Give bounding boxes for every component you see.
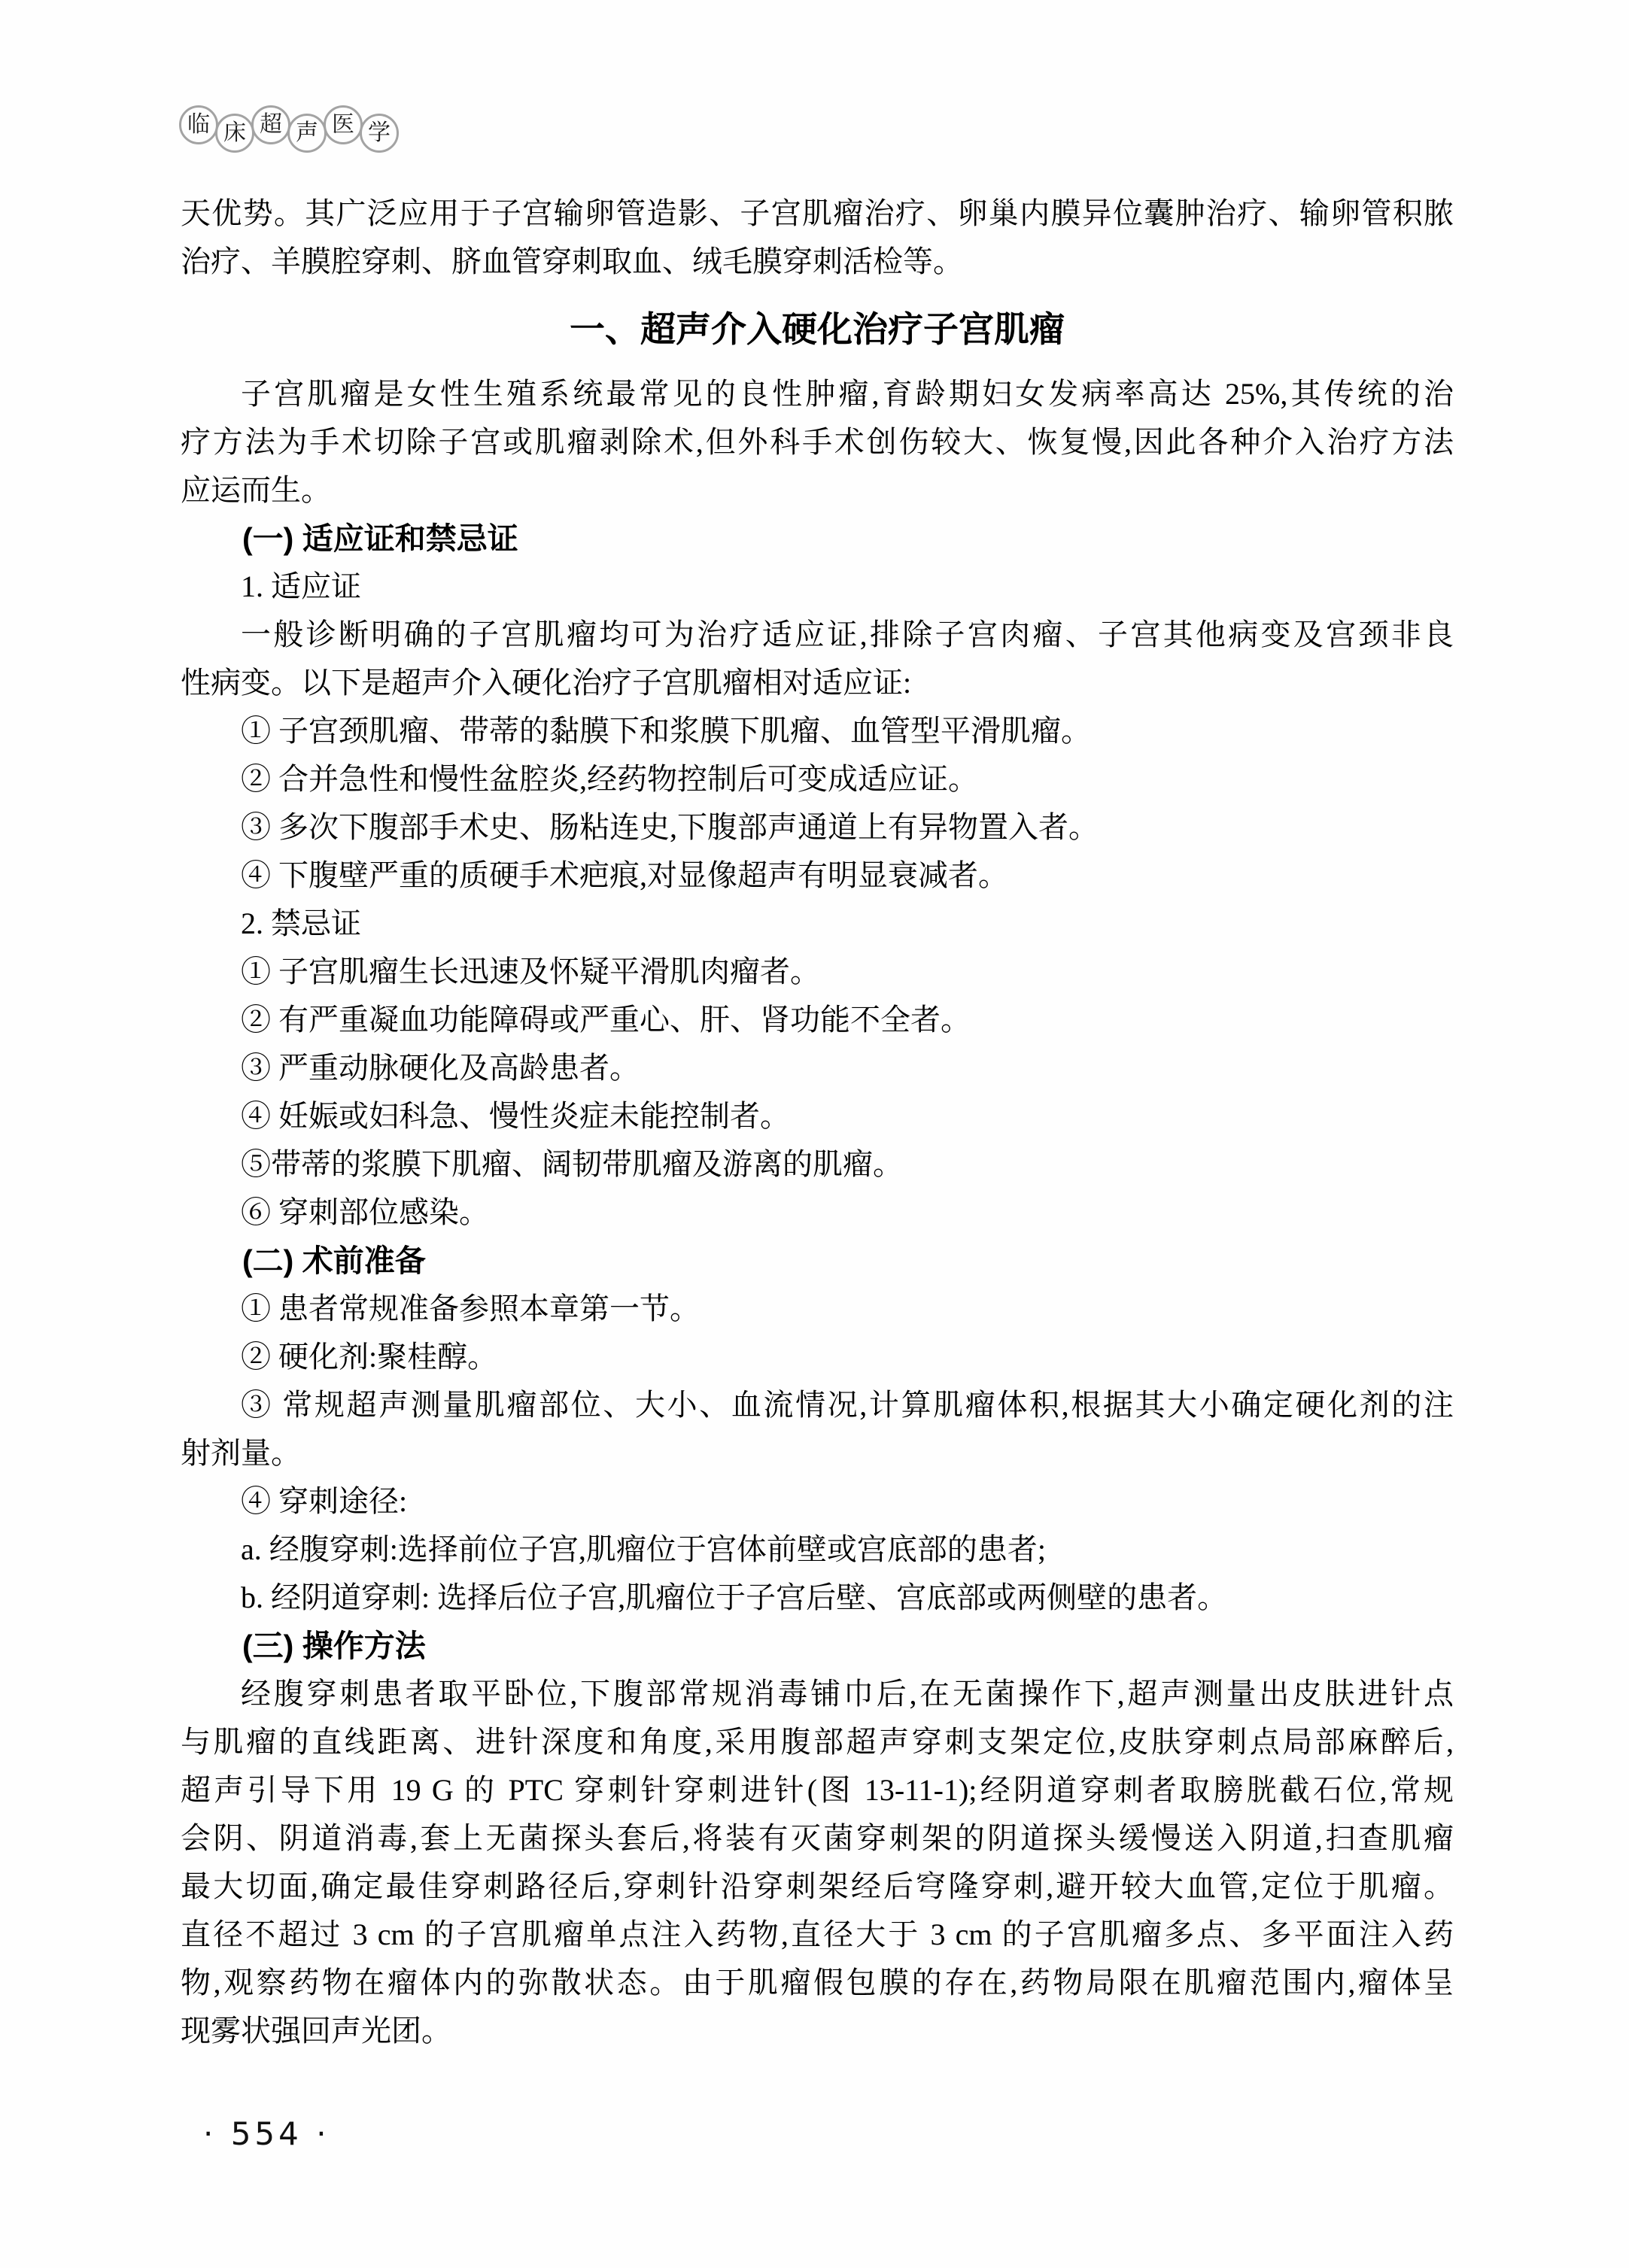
text-line: a. 经腹穿刺:选择前位子宫,肌瘤位于宫体前壁或宫底部的患者; <box>181 1526 1454 1574</box>
text-line: ① 患者常规准备参照本章第一节。 <box>181 1285 1454 1333</box>
logo-char: 临 <box>179 105 218 144</box>
section-heading: (二) 术前准备 <box>181 1237 1454 1285</box>
text-line: 会阴、阴道消毒,套上无菌探头套后,将装有灭菌穿刺架的阴道探头缓慢送入阴道,扫查肌… <box>181 1814 1454 1863</box>
logo-char: 床 <box>215 114 254 153</box>
text-line: ④ 妊娠或妇科急、慢性炎症未能控制者。 <box>181 1092 1454 1140</box>
text-line: 射剂量。 <box>181 1429 1454 1477</box>
textbook-page: 临床超声医学 天优势。其广泛应用于子宫输卵管造影、子宫肌瘤治疗、卵巢内膜异位囊肿… <box>0 0 1629 2268</box>
text-line: 2. 禁忌证 <box>181 900 1454 948</box>
text-line: ⑥ 穿刺部位感染。 <box>181 1189 1454 1237</box>
text-line: ① 子宫颈肌瘤、带蒂的黏膜下和浆膜下肌瘤、血管型平滑肌瘤。 <box>181 707 1454 755</box>
text-line: 性病变。以下是超声介入硬化治疗子宫肌瘤相对适应证: <box>181 659 1454 707</box>
text-line: ① 子宫肌瘤生长迅速及怀疑平滑肌肉瘤者。 <box>181 948 1454 996</box>
chapter-heading: 一、超声介入硬化治疗子宫肌瘤 <box>181 305 1454 354</box>
text-line: 现雾状强回声光团。 <box>181 2007 1454 2055</box>
page-content: 天优势。其广泛应用于子宫输卵管造影、子宫肌瘤治疗、卵巢内膜异位囊肿治疗、输卵管积… <box>181 190 1454 2055</box>
logo-char: 超 <box>251 105 290 144</box>
text-line: 应运而生。 <box>181 466 1454 515</box>
book-logo: 临床超声医学 <box>179 105 450 155</box>
text-line: 1. 适应证 <box>181 563 1454 611</box>
text-line: 与肌瘤的直线距离、进针深度和角度,采用腹部超声穿刺支架定位,皮肤穿刺点局部麻醉后… <box>181 1718 1454 1766</box>
text-line: ④ 穿刺途径: <box>181 1477 1454 1526</box>
text-line: 天优势。其广泛应用于子宫输卵管造影、子宫肌瘤治疗、卵巢内膜异位囊肿治疗、输卵管积… <box>181 190 1454 238</box>
text-line: 物,观察药物在瘤体内的弥散状态。由于肌瘤假包膜的存在,药物局限在肌瘤范围内,瘤体… <box>181 1959 1454 2007</box>
text-line: ③ 多次下腹部手术史、肠粘连史,下腹部声通道上有异物置入者。 <box>181 803 1454 852</box>
text-line: 治疗、羊膜腔穿刺、脐血管穿刺取血、绒毛膜穿刺活检等。 <box>181 238 1454 286</box>
logo-char: 声 <box>287 114 327 153</box>
text-line: ③ 常规超声测量肌瘤部位、大小、血流情况,计算肌瘤体积,根据其大小确定硬化剂的注 <box>181 1381 1454 1429</box>
text-line: ⑤带蒂的浆膜下肌瘤、阔韧带肌瘤及游离的肌瘤。 <box>181 1140 1454 1189</box>
text-line: ③ 严重动脉硬化及高龄患者。 <box>181 1044 1454 1092</box>
text-line: 疗方法为手术切除子宫或肌瘤剥除术,但外科手术创伤较大、恢复慢,因此各种介入治疗方… <box>181 418 1454 466</box>
page-number: · 554 · <box>203 2115 330 2152</box>
text-line: ② 有严重凝血功能障碍或严重心、肝、肾功能不全者。 <box>181 996 1454 1044</box>
text-line: ② 硬化剂:聚桂醇。 <box>181 1333 1454 1381</box>
text-line: 一般诊断明确的子宫肌瘤均可为治疗适应证,排除子宫肉瘤、子宫其他病变及宫颈非良 <box>181 611 1454 659</box>
text-line: ④ 下腹壁严重的质硬手术疤痕,对显像超声有明显衰减者。 <box>181 852 1454 900</box>
logo-char: 医 <box>324 105 363 144</box>
text-line: 直径不超过 3 cm 的子宫肌瘤单点注入药物,直径大于 3 cm 的子宫肌瘤多点… <box>181 1911 1454 1959</box>
text-line: 经腹穿刺患者取平卧位,下腹部常规消毒铺巾后,在无菌操作下,超声测量出皮肤进针点 <box>181 1670 1454 1718</box>
section-heading: (一) 适应证和禁忌证 <box>181 515 1454 563</box>
text-line: 子宫肌瘤是女性生殖系统最常见的良性肿瘤,育龄期妇女发病率高达 25%,其传统的治 <box>181 370 1454 418</box>
section-heading: (三) 操作方法 <box>181 1622 1454 1670</box>
text-line: 超声引导下用 19 G 的 PTC 穿刺针穿刺进针(图 13-11-1);经阴道… <box>181 1766 1454 1814</box>
text-line: b. 经阴道穿刺: 选择后位子宫,肌瘤位于子宫后壁、宫底部或两侧壁的患者。 <box>181 1574 1454 1622</box>
text-line: 最大切面,确定最佳穿刺路径后,穿刺针沿穿刺架经后穹隆穿刺,避开较大血管,定位于肌… <box>181 1863 1454 1911</box>
text-line: ② 合并急性和慢性盆腔炎,经药物控制后可变成适应证。 <box>181 755 1454 803</box>
logo-char: 学 <box>360 114 399 153</box>
